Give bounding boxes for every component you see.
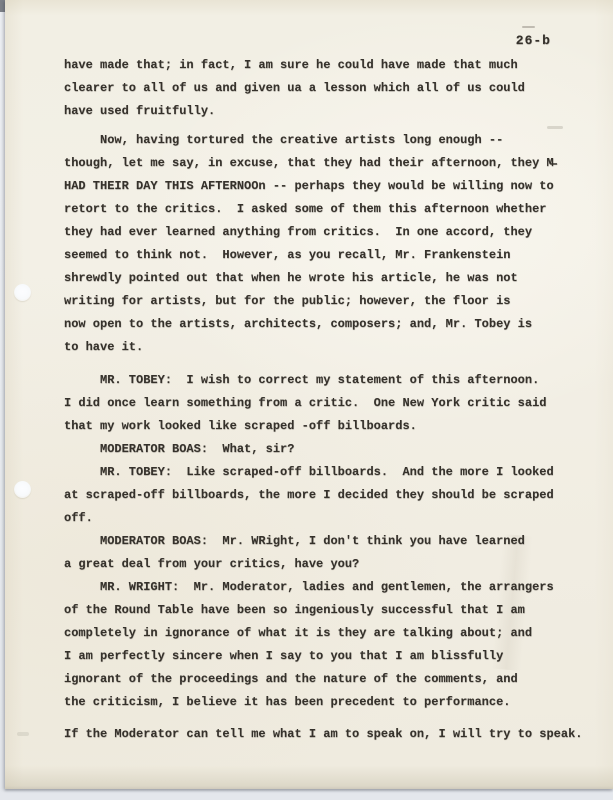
paragraph-speaker-moderator-boas: MODERATOR BOAS: What, sir? [64, 438, 600, 461]
paragraph-speaker-moderator-boas: MODERATOR BOAS: Mr. WRight, I don't thin… [64, 530, 600, 576]
punch-hole-bottom [14, 481, 31, 498]
document-page: 26-b have made that; in fact, I am sure … [5, 0, 613, 789]
paragraph-speaker-tobey: MR. TOBEY: I wish to correct my statemen… [64, 369, 600, 438]
punch-hole-top [14, 284, 31, 301]
paragraph: If the Moderator can tell me what I am t… [64, 723, 600, 746]
paragraph: have made that; in fact, I am sure he co… [64, 54, 600, 123]
paragraph: Now, having tortured the creative artist… [64, 129, 600, 359]
paper-smudge-icon [17, 732, 29, 736]
scanned-document: { "colors": { "paper": "#f2efe4", "ink":… [0, 0, 613, 800]
page-number: 26-b [516, 33, 551, 48]
paper-smudge-icon [522, 26, 535, 28]
paragraph-speaker-wright: MR. WRIGHT: Mr. Moderator, ladies and ge… [64, 576, 600, 714]
paragraph-speaker-tobey: MR. TOBEY: Like scraped-off billboards. … [64, 461, 600, 530]
typescript-text: have made that; in fact, I am sure he co… [64, 54, 600, 746]
